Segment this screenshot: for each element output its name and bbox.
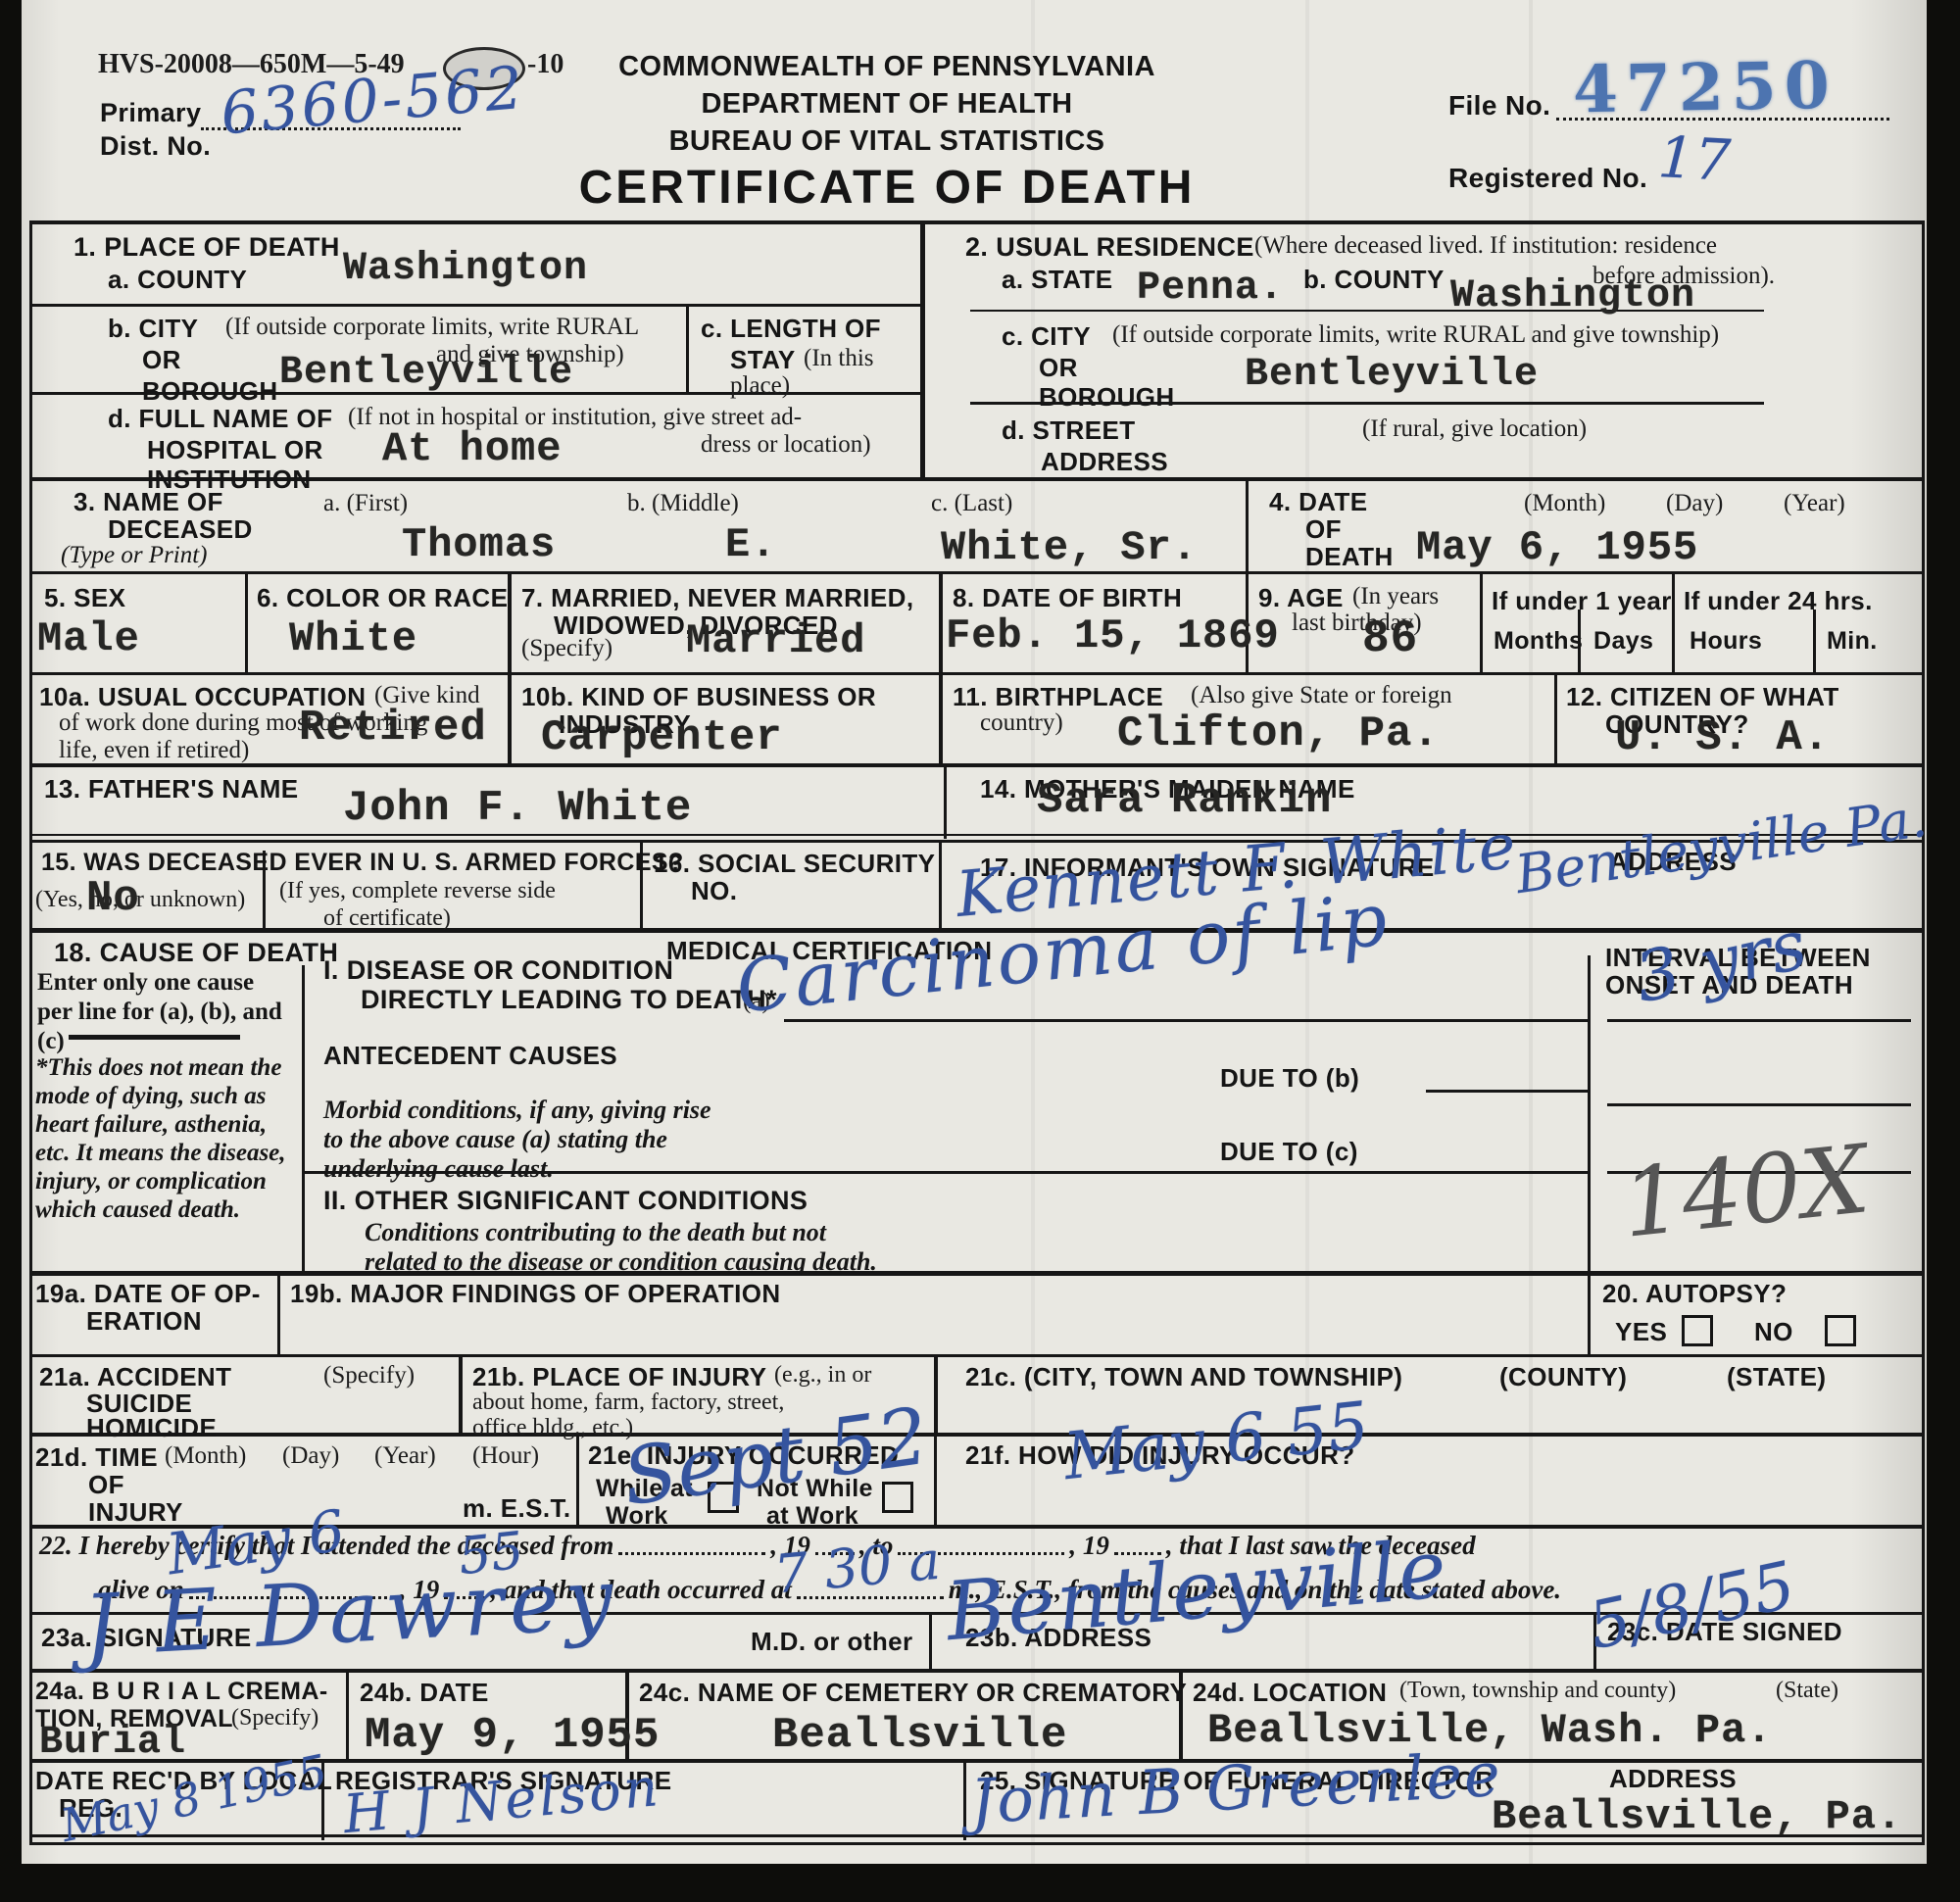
disease-label1: I. DISEASE OR CONDITION bbox=[323, 955, 673, 986]
rule bbox=[508, 571, 512, 672]
autopsy-yes-checkbox bbox=[1682, 1315, 1713, 1346]
father-label: 13. FATHER'S NAME bbox=[44, 774, 299, 805]
marital-hint: (Specify) bbox=[521, 635, 612, 662]
dod-day-label: (Day) bbox=[1666, 490, 1723, 517]
cause-instruction-2: *This does not mean the mode of dying, s… bbox=[35, 1053, 298, 1224]
date-of-operation-label2: ERATION bbox=[86, 1306, 202, 1337]
birthplace-hint2: country) bbox=[980, 709, 1063, 737]
burial-date-label: 24b. DATE bbox=[360, 1678, 489, 1708]
not-while-at-work-label2: at Work bbox=[766, 1502, 858, 1531]
place-of-injury-label: 21b. PLACE OF INJURY bbox=[472, 1362, 766, 1392]
rule bbox=[29, 1271, 1925, 1276]
street-label1: d. STREET bbox=[1002, 415, 1136, 446]
injury-month-label: (Month) bbox=[165, 1442, 246, 1470]
middle-name-value: E. bbox=[725, 521, 776, 568]
rule bbox=[245, 571, 248, 672]
scanned-death-certificate: { "header": { "form_no": "HVS-20008—650M… bbox=[0, 0, 1960, 1902]
disease-label2: DIRECTLY LEADING TO DEATH* bbox=[361, 985, 777, 1015]
rule bbox=[346, 1669, 349, 1759]
rule bbox=[508, 672, 512, 763]
usual-residence-title: 2. USUAL RESIDENCE bbox=[965, 232, 1254, 263]
dist-no-label: Dist. No. bbox=[100, 131, 211, 162]
rule bbox=[29, 1433, 1925, 1437]
rule bbox=[1922, 220, 1925, 1844]
race-label: 6. COLOR OR RACE bbox=[257, 583, 508, 613]
name-title1: 3. NAME OF bbox=[73, 487, 223, 517]
ssn-label1: 16. SOCIAL SECURITY bbox=[654, 849, 935, 879]
res-county-value: Washington bbox=[1450, 274, 1695, 318]
dob-label: 8. DATE OF BIRTH bbox=[953, 583, 1182, 613]
place-of-injury-hint3: office bldg., etc.) bbox=[472, 1415, 633, 1441]
rule bbox=[939, 672, 943, 763]
res-county-label: b. COUNTY bbox=[1303, 265, 1445, 295]
city-label: b. CITY bbox=[108, 314, 198, 344]
rule bbox=[459, 1354, 463, 1433]
res-city-or: OR bbox=[1039, 353, 1078, 383]
last-name-label: c. (Last) bbox=[931, 490, 1012, 517]
rule bbox=[302, 965, 305, 1271]
rule bbox=[934, 1433, 937, 1525]
name-title3: (Type or Print) bbox=[61, 542, 208, 569]
date-of-death-title3: DEATH bbox=[1305, 542, 1394, 572]
cemetery-location-label: 24d. LOCATION bbox=[1193, 1678, 1387, 1708]
md-or-other-label: M.D. or other bbox=[751, 1627, 913, 1657]
rule bbox=[1607, 1103, 1911, 1106]
state-label: a. STATE bbox=[1002, 265, 1112, 295]
street-label2: ADDRESS bbox=[1041, 447, 1168, 477]
rule bbox=[944, 763, 947, 839]
citizen-label1: 12. CITIZEN OF WHAT bbox=[1566, 682, 1839, 712]
autopsy-yes-label: YES bbox=[1615, 1317, 1667, 1347]
burial-label1: 24a. B U R I A L CREMA- bbox=[35, 1678, 328, 1706]
rule bbox=[686, 304, 689, 395]
hospital-label1: d. FULL NAME OF bbox=[108, 404, 332, 434]
name-title2: DECEASED bbox=[108, 514, 253, 545]
burial-value: Burial bbox=[39, 1721, 186, 1765]
rule bbox=[784, 1019, 1588, 1022]
ssn-label2: NO. bbox=[691, 876, 737, 906]
under24-label: If under 24 hrs. bbox=[1684, 586, 1873, 616]
rule bbox=[29, 477, 1925, 481]
hospital-label2: HOSPITAL OR bbox=[147, 435, 323, 465]
rule bbox=[29, 763, 1925, 767]
autopsy-no-checkbox bbox=[1825, 1315, 1856, 1346]
birthplace-hint1: (Also give State or foreign bbox=[1191, 682, 1452, 709]
industry-value: Carpenter bbox=[541, 713, 783, 762]
cemetery-location-hint: (Town, township and county) bbox=[1399, 1678, 1676, 1704]
rule bbox=[1813, 610, 1816, 672]
days-label: Days bbox=[1593, 627, 1653, 656]
res-city-value: Bentleyville bbox=[1245, 353, 1539, 397]
rule bbox=[576, 1433, 579, 1525]
place-of-death-title: 1. PLACE OF DEATH bbox=[73, 232, 340, 263]
cemetery-location-state: (State) bbox=[1776, 1678, 1838, 1704]
city-hint: (If outside corporate limits, write RURA… bbox=[225, 314, 639, 341]
injury-state-label: (STATE) bbox=[1727, 1362, 1826, 1392]
rule bbox=[934, 1354, 938, 1433]
armed-forces-hint2: (If yes, complete reverse side bbox=[279, 878, 556, 904]
place-of-injury-hint1: (e.g., in or bbox=[774, 1362, 871, 1389]
mother-value: Sara Rankin bbox=[1037, 776, 1332, 825]
res-city-hint: (If outside corporate limits, write RURA… bbox=[1112, 321, 1719, 349]
other-conditions-label: II. OTHER SIGNIFICANT CONDITIONS bbox=[323, 1186, 808, 1216]
county-label: a. COUNTY bbox=[108, 265, 247, 295]
hospital-value: At home bbox=[382, 425, 562, 472]
rule bbox=[29, 571, 1925, 574]
months-label: Months bbox=[1494, 627, 1583, 656]
armed-forces-hint3: of certificate) bbox=[323, 905, 451, 932]
industry-label1: 10b. KIND OF BUSINESS OR bbox=[521, 682, 876, 712]
min-label: Min. bbox=[1827, 627, 1878, 656]
rule bbox=[1554, 672, 1557, 763]
marital-value: Married bbox=[686, 617, 865, 664]
armed-forces-hint1: (Yes, no, or unknown) bbox=[35, 887, 245, 913]
rule bbox=[1588, 1271, 1591, 1354]
rule bbox=[920, 220, 925, 477]
due-to-c-label: DUE TO (c) bbox=[1220, 1137, 1358, 1167]
antecedent-label: ANTECEDENT CAUSES bbox=[323, 1041, 617, 1071]
registered-no-label: Registered No. bbox=[1448, 163, 1647, 194]
occupation-value: Retired bbox=[299, 704, 487, 753]
injury-hour-label: (Hour) bbox=[472, 1442, 539, 1470]
cause-instruction-1: Enter only one cause per line for (a), (… bbox=[37, 968, 294, 1056]
autopsy-no-label: NO bbox=[1754, 1317, 1793, 1347]
usual-residence-hint1: (Where deceased lived. If institution: r… bbox=[1254, 232, 1717, 260]
birthplace-label: 11. BIRTHPLACE bbox=[953, 682, 1163, 712]
citizen-value: U. S. A. bbox=[1615, 713, 1830, 762]
morbid-line2: to the above cause (a) stating the bbox=[323, 1125, 667, 1154]
burial-date-value: May 9, 1955 bbox=[365, 1711, 660, 1760]
sex-value: Male bbox=[37, 615, 140, 662]
birthplace-value: Clifton, Pa. bbox=[1117, 709, 1440, 758]
date-of-death-title1: 4. DATE bbox=[1269, 487, 1368, 517]
injury-county-label: (COUNTY) bbox=[1499, 1362, 1627, 1392]
rule bbox=[277, 1271, 280, 1354]
hours-label: Hours bbox=[1690, 627, 1762, 656]
street-hint: (If rural, give location) bbox=[1362, 415, 1587, 443]
dod-month-label: (Month) bbox=[1524, 490, 1605, 517]
other-conditions-hint1: Conditions contributing to the death but… bbox=[365, 1218, 826, 1247]
length-of-stay-hint2: place) bbox=[730, 372, 790, 400]
registered-no-value: 17 bbox=[1656, 123, 1732, 194]
time-of-injury-label1: 21d. TIME bbox=[35, 1442, 158, 1473]
rule bbox=[29, 1354, 1925, 1357]
other-conditions-hint2: related to the disease or condition caus… bbox=[365, 1247, 877, 1277]
mest-label: m. E.S.T. bbox=[463, 1493, 571, 1524]
header-commonwealth: COMMONWEALTH OF PENNSYLVANIA bbox=[514, 51, 1259, 83]
rule bbox=[939, 571, 943, 672]
date-of-death-title2: OF bbox=[1305, 514, 1342, 545]
burial-hint: (Specify) bbox=[231, 1705, 318, 1731]
funeral-director-address-label: ADDRESS bbox=[1609, 1764, 1737, 1794]
rule bbox=[929, 1612, 932, 1669]
borough-label: BOROUGH bbox=[142, 376, 278, 407]
county-value: Washington bbox=[343, 247, 588, 291]
rule bbox=[29, 1669, 1925, 1673]
autopsy-label: 20. AUTOPSY? bbox=[1602, 1279, 1787, 1309]
res-borough: BOROUGH bbox=[1039, 382, 1175, 413]
due-to-b-label: DUE TO (b) bbox=[1220, 1063, 1359, 1094]
armed-forces-label: 15. WAS DECEASED EVER IN U. S. ARMED FOR… bbox=[41, 849, 684, 877]
city-or-label: OR bbox=[142, 345, 181, 375]
accident-label3: HOMICIDE bbox=[86, 1413, 217, 1443]
rule bbox=[963, 1759, 966, 1840]
sex-label: 5. SEX bbox=[44, 583, 125, 613]
middle-name-label: b. (Middle) bbox=[627, 490, 739, 517]
hospital-hint2: dress or location) bbox=[701, 431, 871, 459]
rule bbox=[1588, 955, 1591, 1271]
first-name-label: a. (First) bbox=[323, 490, 408, 517]
header-department: DEPARTMENT OF HEALTH bbox=[514, 88, 1259, 121]
primary-dist-label: Primary bbox=[100, 98, 201, 128]
father-value: John F. White bbox=[343, 784, 692, 833]
cemetery-label: 24c. NAME OF CEMETERY OR CREMATORY bbox=[639, 1678, 1187, 1708]
morbid-line3: underlying cause last. bbox=[323, 1154, 554, 1184]
length-of-stay-hint1: (In this bbox=[804, 345, 874, 372]
rule bbox=[29, 220, 1925, 224]
city-value: Bentleyville bbox=[279, 351, 573, 395]
race-value: White bbox=[289, 615, 417, 662]
first-name-value: Thomas bbox=[402, 521, 556, 568]
time-of-injury-label2: OF bbox=[88, 1470, 124, 1500]
armed-forces-value: No bbox=[86, 874, 140, 923]
file-no-stamp: 47250 bbox=[1572, 47, 1837, 128]
place-of-injury-hint2: about home, farm, factory, street, bbox=[472, 1390, 784, 1416]
length-of-stay-label2: STAY bbox=[730, 345, 796, 375]
under1yr-label: If under 1 year bbox=[1492, 586, 1672, 616]
funeral-director-address-value: Beallsville, Pa. bbox=[1492, 1793, 1902, 1840]
accident-hint: (Specify) bbox=[323, 1362, 415, 1390]
file-no-label: File No. bbox=[1448, 90, 1550, 122]
last-name-value: White, Sr. bbox=[941, 524, 1198, 571]
rule bbox=[939, 840, 942, 928]
date-of-operation-label1: 19a. DATE OF OP- bbox=[35, 1279, 261, 1309]
rule bbox=[29, 672, 1925, 675]
dod-year-label: (Year) bbox=[1784, 490, 1845, 517]
age-hint1: (In years bbox=[1352, 583, 1439, 610]
date-of-death-value: May 6, 1955 bbox=[1416, 524, 1698, 571]
rule bbox=[1672, 571, 1675, 672]
res-city-label: c. CITY bbox=[1002, 321, 1091, 352]
age-value: 86 bbox=[1362, 613, 1418, 664]
certify-blank bbox=[618, 1546, 765, 1555]
major-findings-label: 19b. MAJOR FINDINGS OF OPERATION bbox=[290, 1279, 781, 1309]
rule bbox=[29, 220, 32, 1844]
cemetery-value: Beallsville bbox=[772, 1711, 1067, 1760]
rule bbox=[1246, 477, 1249, 571]
rule bbox=[1426, 1090, 1588, 1093]
injury-city-label: 21c. (CITY, TOWN AND TOWNSHIP) bbox=[965, 1362, 1402, 1392]
morbid-line1: Morbid conditions, if any, giving rise bbox=[323, 1096, 711, 1125]
length-of-stay-label1: c. LENGTH OF bbox=[701, 314, 881, 344]
rule bbox=[1480, 571, 1483, 672]
certificate-title: CERTIFICATE OF DEATH bbox=[514, 161, 1259, 215]
state-value: Penna. bbox=[1137, 267, 1284, 311]
rule bbox=[1607, 1019, 1911, 1022]
injury-year-label: (Year) bbox=[374, 1442, 436, 1470]
rule bbox=[29, 1842, 1925, 1845]
header-bureau: BUREAU OF VITAL STATISTICS bbox=[514, 125, 1259, 158]
cause-of-death-title: 18. CAUSE OF DEATH bbox=[54, 938, 338, 968]
occupation-hint3: life, even if retired) bbox=[59, 737, 249, 764]
rule bbox=[29, 304, 924, 307]
injury-day-label: (Day) bbox=[282, 1442, 339, 1470]
dob-value: Feb. 15, 1869 bbox=[946, 612, 1280, 659]
marital-label1: 7. MARRIED, NEVER MARRIED, bbox=[521, 583, 913, 613]
